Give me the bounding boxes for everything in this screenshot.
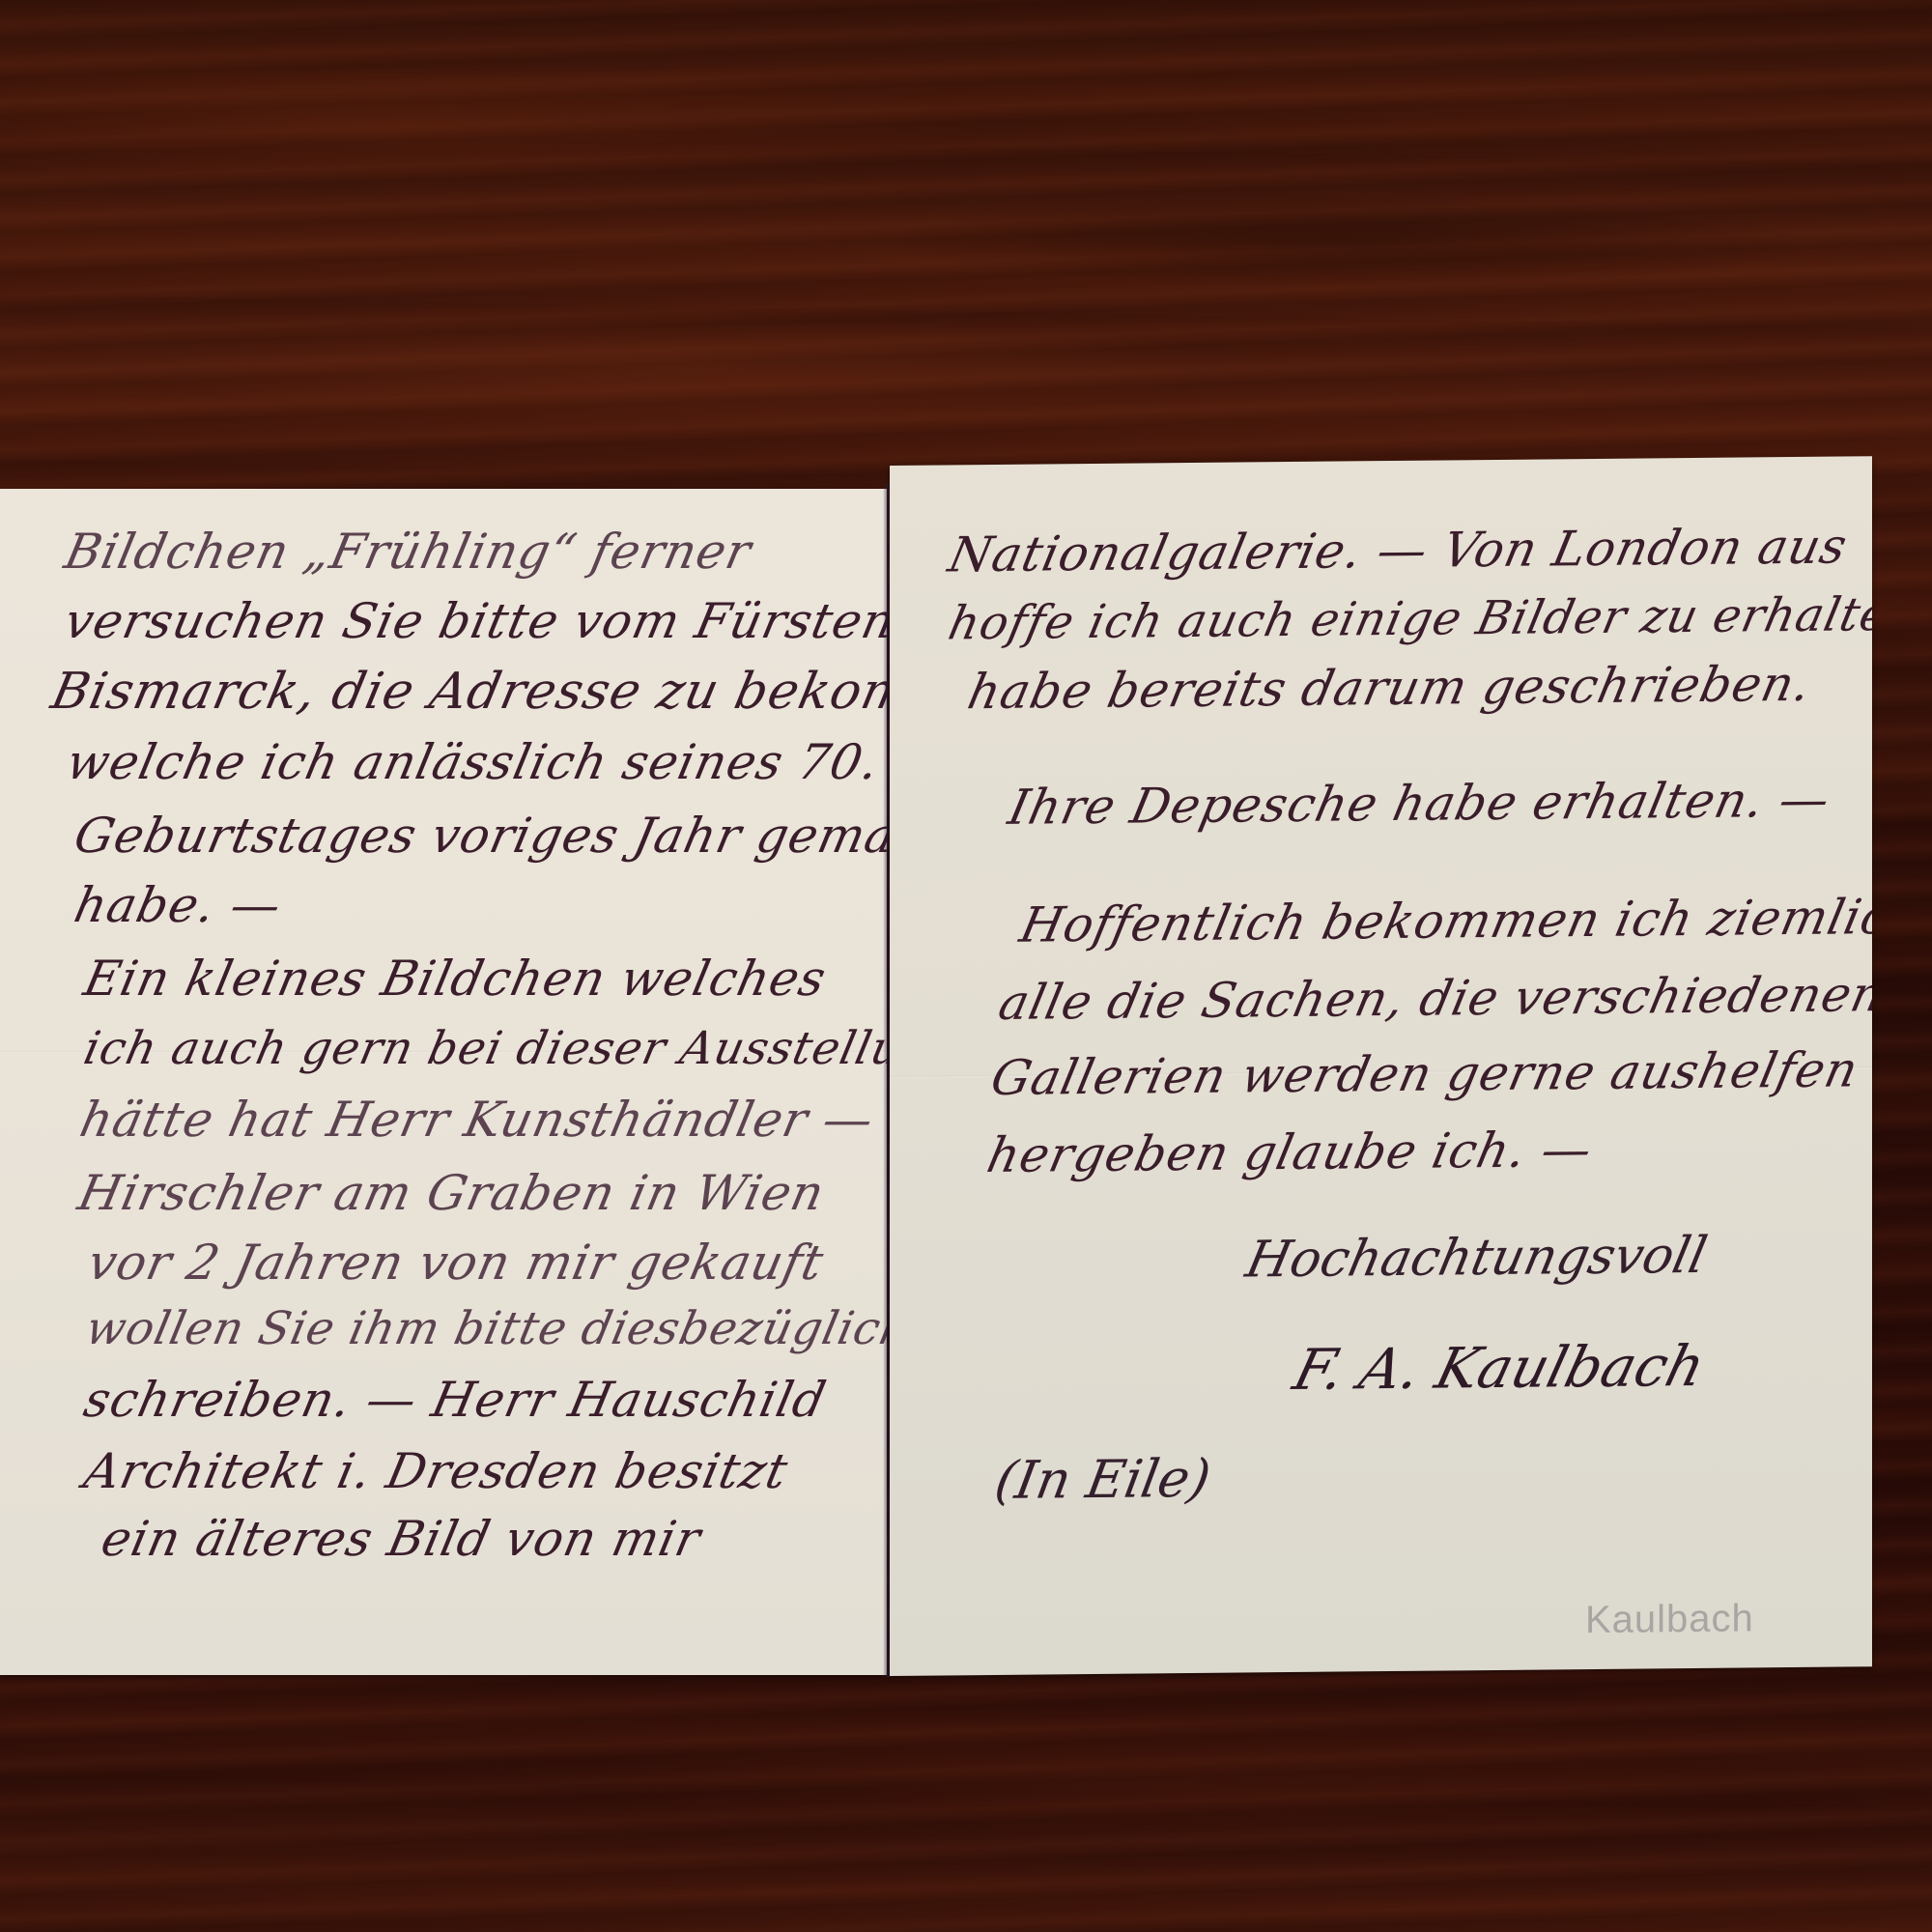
handwritten-line: schreiben. — Herr Hauschild [79,1372,832,1428]
postscript-note: (In Eile) [990,1448,1214,1511]
pencil-annotation: Kaulbach [1585,1597,1754,1642]
signature: F. A. Kaulbach [1288,1333,1712,1403]
handwritten-line: Nationalgalerie. — Von London aus [944,518,1853,582]
handwritten-line: alle die Sachen, die verschiedenen [994,966,1872,1031]
handwritten-line: ein älteres Bild von mir [97,1511,706,1567]
handwritten-line: Gallerien werden gerne aushelfen [986,1041,1863,1106]
letter-page-left: Bildchen „Frühling“ ferner versuchen Sie… [0,489,887,1675]
handwritten-line: Ihre Depesche habe erhalten. — [1004,772,1835,836]
handwritten-line: hätte hat Herr Kunsthändler — [75,1092,879,1148]
handwritten-line: Hirschler am Graben in Wien [73,1165,830,1221]
handwritten-line: versuchen Sie bitte vom Fürsten [60,593,887,649]
letter-page-right: Nationalgalerie. — Von London aus hoffe … [890,456,1872,1676]
handwritten-line: Geburtstages voriges Jahr gemacht [70,808,887,864]
handwritten-line: ich auch gern bei dieser Ausstellung [79,1022,887,1075]
letter-closing: Hochachtungsvoll [1241,1227,1712,1290]
handwritten-line: Architekt i. Dresden besitzt [79,1443,793,1499]
handwritten-line: vor 2 Jahren von mir gekauft [83,1235,829,1291]
handwritten-line: habe bereits darum geschrieben. [963,656,1816,720]
handwritten-line: Bildchen „Frühling“ ferner [60,524,756,580]
handwritten-line: wollen Sie ihm bitte diesbezüglich [81,1302,887,1355]
handwritten-line: hoffe ich auch einige Bilder zu erhalten [944,587,1872,651]
handwritten-line: Bismarck, die Adresse zu bekommen [46,663,887,721]
handwritten-line: Hoffentlich bekommen ich ziemlich [1015,889,1872,953]
handwritten-line: habe. — [70,877,287,933]
handwritten-line: welche ich anlässlich seines 70. [62,734,885,790]
handwritten-line: Ein kleines Bildchen welches [79,951,832,1007]
handwritten-line: hergeben glaube ich. — [982,1122,1598,1183]
